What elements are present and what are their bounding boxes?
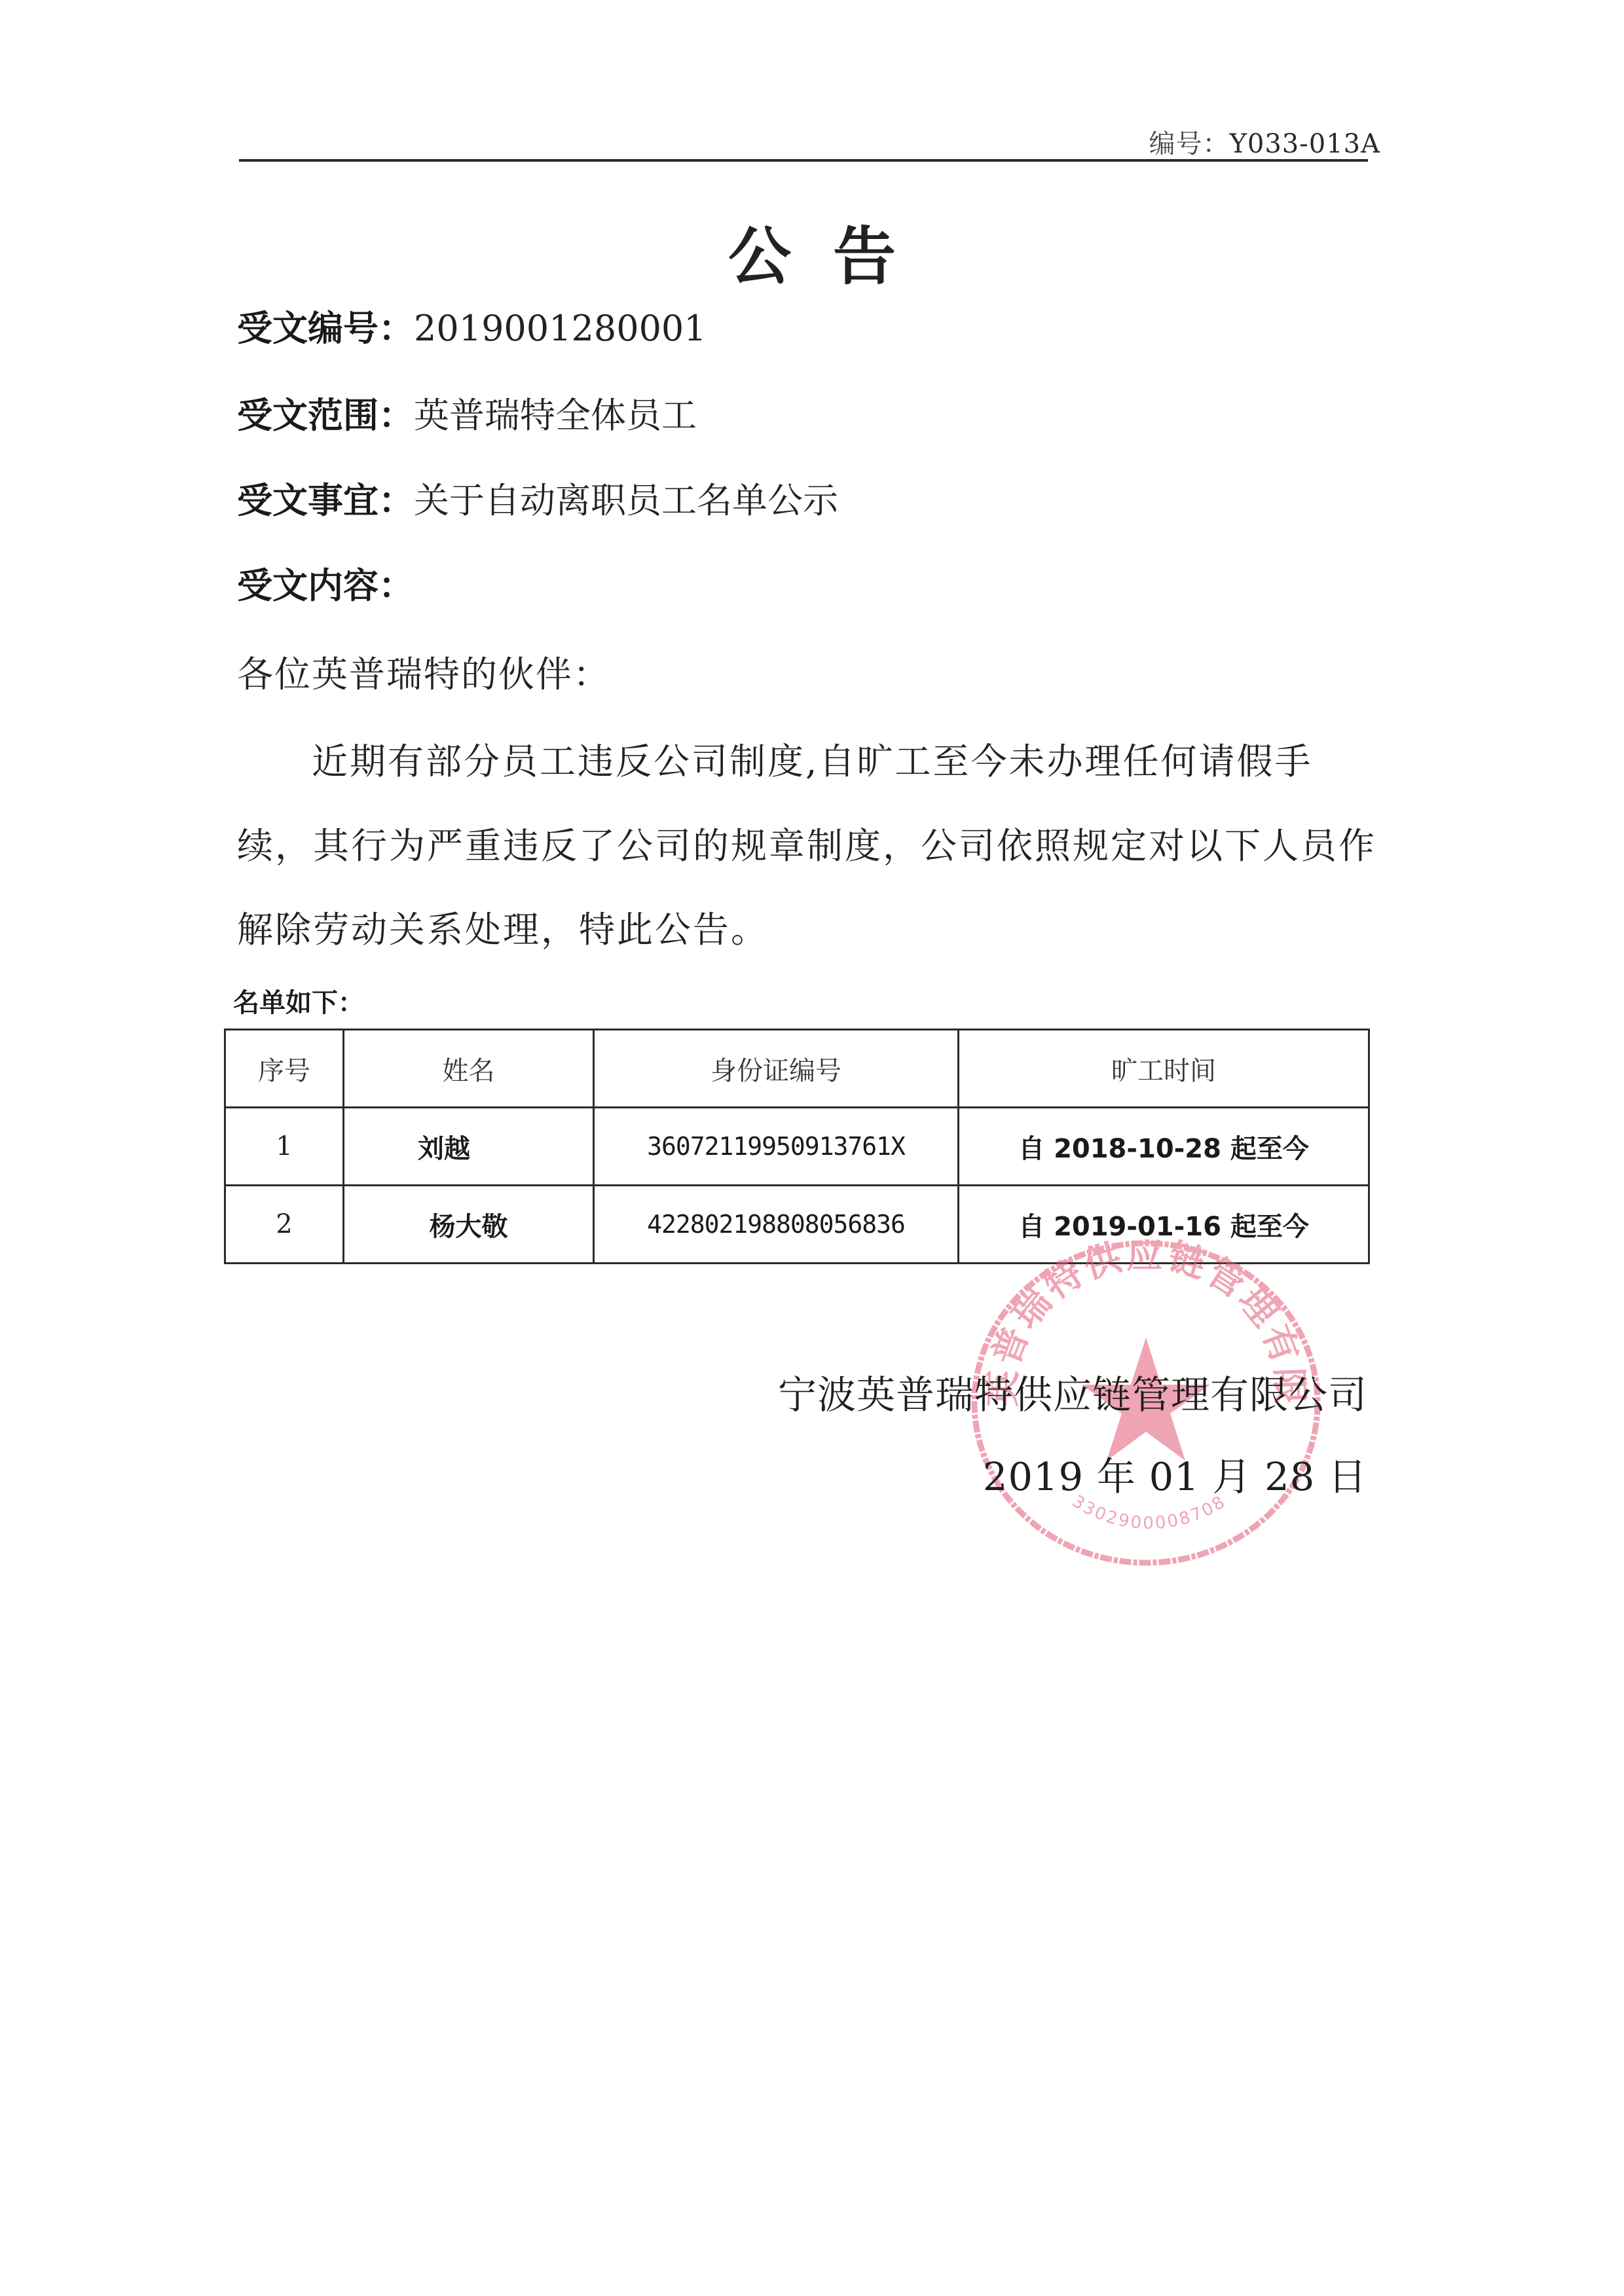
field-value: 英普瑞特全体员工: [414, 395, 697, 436]
cell-name: 刘越: [344, 1108, 594, 1186]
column-header-index: 序号: [225, 1030, 344, 1108]
column-header-name: 姓名: [344, 1030, 594, 1108]
cell-index: 2: [225, 1186, 344, 1264]
list-label: 名单如下：: [233, 982, 364, 1019]
header-rule: [239, 159, 1368, 162]
field-content: 受文内容：: [237, 565, 414, 607]
signature-company: 宁波英普瑞特供应链管理有限公司: [778, 1364, 1367, 1419]
cell-absence: 自 2018-10-28 起至今: [959, 1108, 1369, 1186]
paragraph-line: 续，其行为严重违反了公司的规章制度，公司依照规定对以下人员作: [237, 825, 1376, 867]
cell-id: 36072119950913761X: [594, 1108, 959, 1186]
cell-id: 422802198808056836: [594, 1186, 959, 1264]
cell-name: 杨大敬: [344, 1186, 594, 1264]
signature-date: 2019 年 01 月 28 日: [983, 1446, 1367, 1501]
field-value: 关于自动离职员工名单公示: [414, 480, 838, 521]
field-ref-no: 受文编号：2019001280001: [237, 308, 707, 350]
field-label: 受文范围：: [237, 395, 414, 436]
document-number: 编号：Y033-013A: [1149, 123, 1380, 160]
page-title: 公告: [0, 207, 1624, 297]
paragraph-line: 解除劳动关系处理，特此公告。: [237, 909, 769, 951]
table-row: 1 刘越 36072119950913761X 自 2018-10-28 起至今: [225, 1108, 1369, 1186]
field-scope: 受文范围：英普瑞特全体员工: [237, 395, 697, 437]
table-header-row: 序号 姓名 身份证编号 旷工时间: [225, 1030, 1369, 1108]
greeting: 各位英普瑞特的伙伴：: [237, 653, 610, 695]
paragraph-line: 近期有部分员工违反公司制度,自旷工至今未办理任何请假手: [312, 740, 1313, 782]
field-label: 受文编号：: [237, 308, 414, 349]
field-label: 受文事宜：: [237, 480, 414, 521]
field-value: 2019001280001: [414, 308, 707, 349]
column-header-id: 身份证编号: [594, 1030, 959, 1108]
document-number-value: Y033-013A: [1229, 129, 1380, 159]
column-header-absence: 旷工时间: [959, 1030, 1369, 1108]
document-number-label: 编号：: [1149, 129, 1229, 159]
employee-table: 序号 姓名 身份证编号 旷工时间 1 刘越 36072119950913761X…: [224, 1029, 1370, 1264]
field-subject: 受文事宜：关于自动离职员工名单公示: [237, 480, 838, 522]
cell-index: 1: [225, 1108, 344, 1186]
field-label: 受文内容：: [237, 565, 414, 606]
